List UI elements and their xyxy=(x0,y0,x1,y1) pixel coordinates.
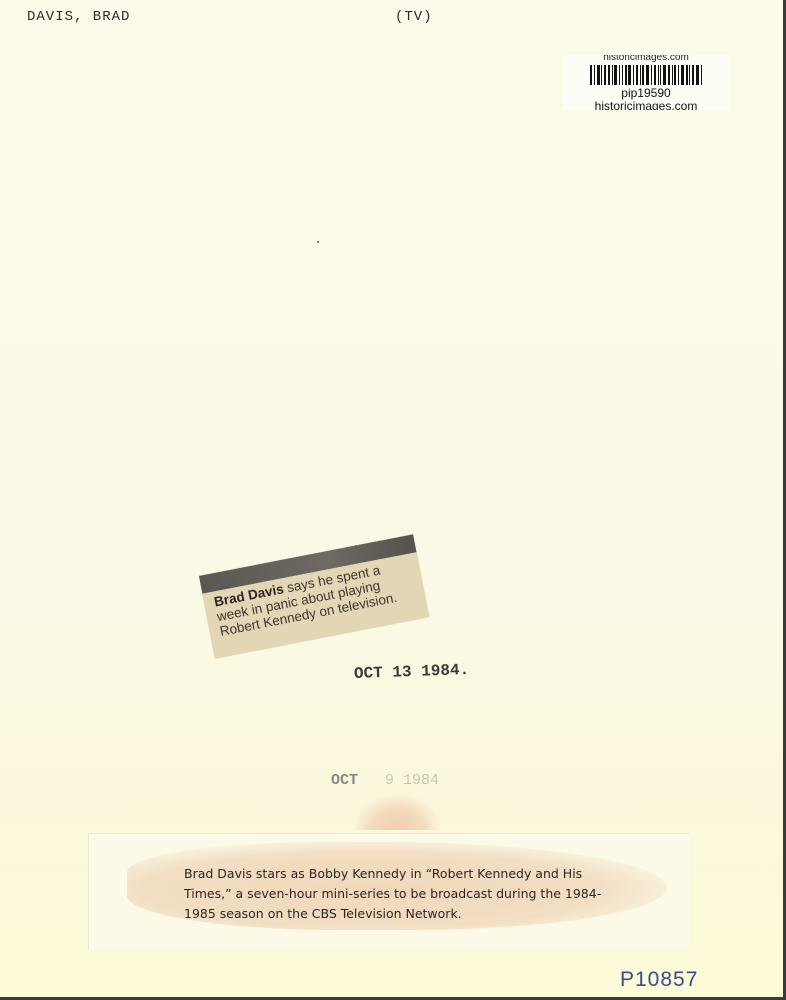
barcode-top-text: historicimages.com xyxy=(563,55,729,63)
newspaper-clipping: Brad Davis says he spent a week in panic… xyxy=(199,534,429,658)
caption-text: Brad Davis stars as Bobby Kennedy in “Ro… xyxy=(184,864,624,924)
handwritten-id: P10857 xyxy=(620,968,698,992)
barcode-icon xyxy=(590,65,702,85)
photo-back-page: DAVIS, BRAD (TV) historicimages.com pip1… xyxy=(0,0,786,1000)
date-stamp-faint: OCT 9 1984 xyxy=(331,772,439,789)
category-label: (TV) xyxy=(395,9,433,25)
date-stamp: OCT 13 1984. xyxy=(354,661,470,683)
barcode-sticker: historicimages.com pip19590 historicimag… xyxy=(563,55,729,110)
barcode-site: historicimages.com xyxy=(563,100,729,110)
glue-stain xyxy=(355,795,440,830)
speck xyxy=(317,241,319,243)
barcode-id: pip19590 xyxy=(563,87,729,100)
stamp-day-year: 9 1984 xyxy=(385,772,439,789)
subject-label: DAVIS, BRAD xyxy=(27,9,130,25)
stamp-month: OCT xyxy=(331,772,358,789)
caption-slip: Brad Davis stars as Bobby Kennedy in “Ro… xyxy=(88,833,689,950)
